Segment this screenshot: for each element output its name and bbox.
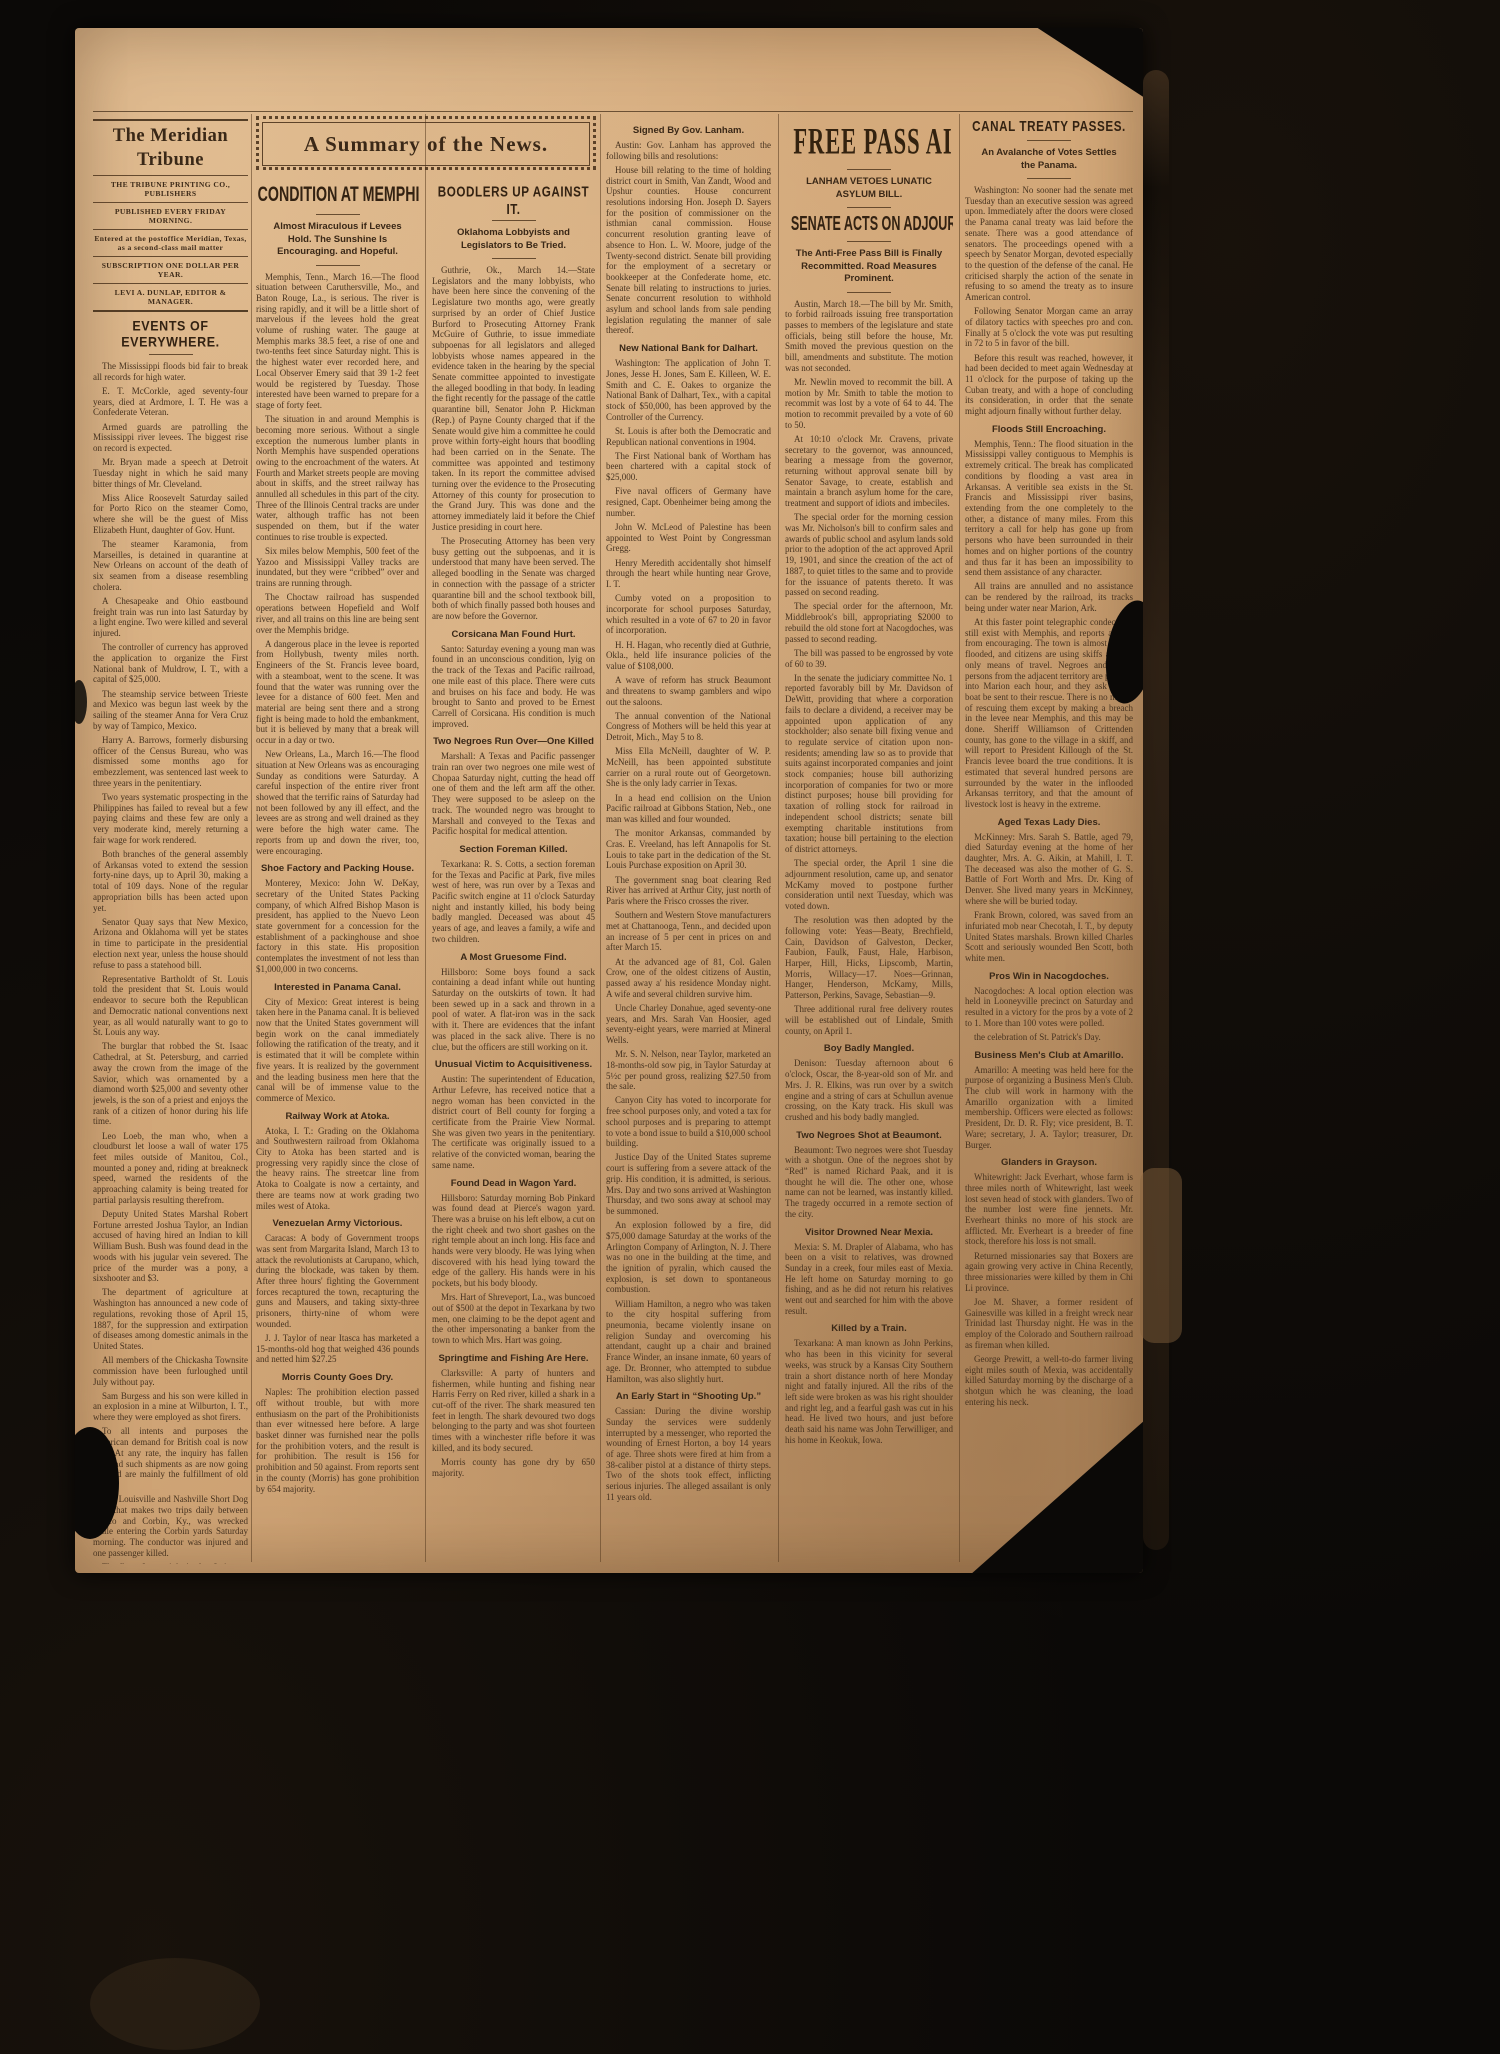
- article-paragraph: Mrs. Hart of Shreveport, La., was buncoe…: [432, 1292, 595, 1346]
- article-paragraph: Mr. S. N. Nelson, near Taylor, marketed …: [606, 1049, 771, 1092]
- article-paragraph: Before this result was reached, however,…: [965, 353, 1133, 417]
- article-subhead: Killed by a Train.: [785, 1323, 953, 1334]
- article-paragraph: Leo Loeb, the man who, when a cloudburst…: [93, 1131, 248, 1206]
- article-paragraph: In a head end collision on the Union Pac…: [606, 793, 771, 825]
- article-paragraph: Hillsboro: Saturday morning Bob Pinkard …: [432, 1193, 595, 1289]
- article-paragraph: Cumby voted on a proposition to incorpor…: [606, 593, 771, 636]
- article-paragraph: All members of the Chickasha Townsite co…: [93, 1355, 248, 1387]
- article-paragraph: Cassian: During the divine worship Sunda…: [606, 1406, 771, 1502]
- article-paragraph: Returned missionaries say that Boxers ar…: [965, 1251, 1133, 1294]
- divider-rule: [847, 241, 891, 242]
- article-paragraph: Two years systematic prospecting in the …: [93, 792, 248, 846]
- article-paragraph: Austin, March 18.—The bill by Mr. Smith,…: [785, 299, 953, 374]
- article-paragraph: John W. McLeod of Palestine has been app…: [606, 522, 771, 554]
- scanned-newspaper-page: A Summary of the News. The Meridian Trib…: [0, 0, 1500, 2054]
- article-paragraph: Representative Bartholdt of St. Louis to…: [93, 974, 248, 1038]
- article-paragraph: The controller of currency has approved …: [93, 642, 248, 685]
- article-paragraph: The special order for the morning cessio…: [785, 512, 953, 598]
- newspaper-title: The Meridian Tribune: [93, 124, 248, 172]
- article-paragraph: City of Mexico: Great interest is being …: [256, 997, 419, 1104]
- article-paragraph: Harry A. Barrows, formerly disbursing of…: [93, 735, 248, 789]
- article-deck: Oklahoma Lobbyists and Legislators to Be…: [440, 227, 587, 252]
- article-deck: The Anti-Free Pass Bill is Finally Recom…: [793, 248, 945, 286]
- article-paragraph: McKinney: Mrs. Sarah S. Battle, aged 79,…: [965, 832, 1133, 907]
- masthead-rule: [93, 202, 248, 203]
- article-paragraph: the celebration of St. Patrick's Day.: [965, 1032, 1133, 1043]
- article-paragraph: Sam Burgess and his son were killed in a…: [93, 1391, 248, 1423]
- article-paragraph: The department of agriculture at Washing…: [93, 1287, 248, 1351]
- article-paragraph: Mr. Bryan made a speech at Detroit Tuesd…: [93, 457, 248, 489]
- article-paragraph: William Hamilton, a negro who was taken …: [606, 1299, 771, 1385]
- article-headline: SENATE ACTS ON ADJOURNMENT: [791, 212, 947, 235]
- article-paragraph: Washington: No sooner had the senate met…: [965, 185, 1133, 303]
- column-boodlers: BOODLERS UP AGAINST IT.Oklahoma Lobbyist…: [432, 180, 595, 1564]
- article-paragraph: Mexia: S. M. Drapler of Alabama, who has…: [785, 1242, 953, 1317]
- article-subhead: Boy Badly Mangled.: [785, 1043, 953, 1054]
- article-paragraph: Frank Brown, colored, was saved from an …: [965, 910, 1133, 964]
- column-events-items: EVENTS OF EVERYWHERE.The Mississippi flo…: [93, 320, 248, 1564]
- article-subhead: Shoe Factory and Packing House.: [256, 863, 419, 874]
- divider-rule: [316, 265, 360, 266]
- article-paragraph: The situation in and around Memphis is b…: [256, 414, 419, 542]
- column-rule: [959, 114, 960, 1562]
- article-paragraph: Morris county has gone dry by 650 majori…: [432, 1457, 595, 1478]
- article-paragraph: Miss Alice Roosevelt Saturday sailed for…: [93, 493, 248, 536]
- article-paragraph: The burglar that robbed the St. Isaac Ca…: [93, 1041, 248, 1127]
- column-free-pass: FREE PASS AIREDLANHAM VETOES LUNATIC ASY…: [785, 118, 953, 1564]
- article-paragraph: Santo: Saturday evening a young man was …: [432, 644, 595, 730]
- column-rule: [425, 114, 426, 1562]
- article-paragraph: Monterey, Mexico: John W. DeKay, secreta…: [256, 878, 419, 974]
- article-deck: LANHAM VETOES LUNATIC ASYLUM BILL.: [793, 176, 945, 201]
- article-subhead: Glanders in Grayson.: [965, 1157, 1133, 1168]
- article-paragraph: The steamship service between Trieste an…: [93, 689, 248, 732]
- article-paragraph: The monitor Arkansas, commanded by Cras.…: [606, 828, 771, 871]
- scan-speck: [75, 680, 87, 724]
- divider-rule: [847, 292, 891, 293]
- article-deck: An Avalanche of Votes Settles the Panama…: [973, 147, 1125, 172]
- masthead-rule: [93, 310, 248, 312]
- article-paragraph: The bill was passed to be engrossed by v…: [785, 648, 953, 669]
- masthead: The Meridian Tribune THE TRIBUNE PRINTIN…: [93, 119, 248, 312]
- article-paragraph: Armed guards are patrolling the Mississi…: [93, 422, 248, 454]
- article-paragraph: An explosion followed by a fire, did $75…: [606, 1220, 771, 1295]
- column-canal-treaty: CANAL TREATY PASSES.An Avalanche of Vote…: [965, 114, 1133, 1564]
- article-paragraph: Texarkana: A man known as John Perkins, …: [785, 1338, 953, 1445]
- article-subhead: Corsicana Man Found Hurt.: [432, 629, 595, 640]
- divider-rule: [1027, 140, 1071, 141]
- column-lanham: Signed By Gov. Lanham.Austin: Gov. Lanha…: [606, 118, 771, 1564]
- article-paragraph: A Chesapeake and Ohio eastbound freight …: [93, 596, 248, 639]
- masthead-entered: Entered at the postoffice Meridian, Texa…: [94, 234, 247, 252]
- article-subhead: An Early Start in “Shooting Up.”: [606, 1391, 771, 1402]
- divider-rule: [316, 214, 360, 215]
- article-paragraph: A wave of reform has struck Beaumont and…: [606, 675, 771, 707]
- article-headline: BOODLERS UP AGAINST IT.: [434, 183, 592, 218]
- article-subhead: Found Dead in Wagon Yard.: [432, 1178, 595, 1189]
- article-paragraph: Canyon City has voted to incorporate for…: [606, 1095, 771, 1149]
- masthead-rule: [93, 256, 248, 257]
- masthead-published: PUBLISHED EVERY FRIDAY MORNING.: [94, 207, 247, 225]
- article-subhead: Section Foreman Killed.: [432, 844, 595, 855]
- article-paragraph: The annual convention of the National Co…: [606, 711, 771, 743]
- section-heading: EVENTS OF EVERYWHERE.: [93, 318, 248, 349]
- article-paragraph: At 10:10 o'clock Mr. Cravens, private se…: [785, 434, 953, 509]
- article-subhead: Two Negroes Run Over—One Killed: [432, 736, 595, 747]
- divider-rule: [492, 258, 536, 259]
- article-subhead: Floods Still Encroaching.: [965, 424, 1133, 435]
- divider-rule: [149, 354, 193, 355]
- article-paragraph: The special order, the April 1 sine die …: [785, 858, 953, 912]
- article-paragraph: The Choctaw railroad has suspended opera…: [256, 592, 419, 635]
- article-headline: CANAL TREATY PASSES.: [968, 117, 1131, 135]
- masthead-rule: [93, 175, 248, 176]
- masthead-publisher: THE TRIBUNE PRINTING CO., PUBLISHERS: [94, 180, 247, 198]
- article-subhead: Railway Work at Atoka.: [256, 1111, 419, 1122]
- article-paragraph: Hillsboro: Some boys found a sack contai…: [432, 967, 595, 1053]
- article-paragraph: Miss Ella McNeill, daughter of W. P. McN…: [606, 746, 771, 789]
- top-rule: [93, 111, 1133, 112]
- article-paragraph: Five naval officers of Germany have resi…: [606, 486, 771, 518]
- article-paragraph: A dangerous place in the levee is report…: [256, 639, 419, 746]
- article-paragraph: Austin: The superintendent of Education,…: [432, 1074, 595, 1170]
- article-subhead: Business Men's Club at Amarillo.: [965, 1050, 1133, 1061]
- column-events: The Meridian Tribune THE TRIBUNE PRINTIN…: [93, 116, 248, 1564]
- column-rule: [778, 114, 779, 1562]
- column-rule: [251, 114, 252, 1562]
- article-subhead: Signed By Gov. Lanham.: [606, 125, 771, 136]
- article-paragraph: At the advanced age of 81, Col. Galen Cr…: [606, 957, 771, 1000]
- article-paragraph: Texarkana: R. S. Cotts, a section forema…: [432, 859, 595, 945]
- article-paragraph: In the senate the judiciary committee No…: [785, 673, 953, 855]
- article-paragraph: The resolution was then adopted by the f…: [785, 915, 953, 1001]
- article-paragraph: Whitewright: Jack Everhart, whose farm i…: [965, 1172, 1133, 1247]
- article-subhead: Pros Win in Nacogdoches.: [965, 971, 1133, 982]
- article-paragraph: St. Louis is after both the Democratic a…: [606, 426, 771, 447]
- article-paragraph: J. J. Taylor of near Itasca has marketed…: [256, 1333, 419, 1365]
- article-paragraph: Mr. Newlin moved to recommit the bill. A…: [785, 377, 953, 431]
- article-subhead: New National Bank for Dalhart.: [606, 343, 771, 354]
- article-paragraph: New Orleans, La., March 16.—The flood si…: [256, 749, 419, 856]
- masthead-rule: [93, 229, 248, 230]
- article-subhead: Two Negroes Shot at Beaumont.: [785, 1130, 953, 1141]
- article-headline: CONDITION AT MEMPHIS SERIOUS: [258, 183, 418, 208]
- article-headline: FREE PASS AIRED: [793, 122, 944, 163]
- article-paragraph: Three additional rural free delivery rou…: [785, 1004, 953, 1036]
- article-subhead: Visitor Drowned Near Mexia.: [785, 1227, 953, 1238]
- article-subhead: Unusual Victim to Acquisitiveness.: [432, 1059, 595, 1070]
- article-paragraph: The steamer Karamonia, from Marseilles, …: [93, 539, 248, 593]
- divider-rule: [847, 207, 891, 208]
- article-paragraph: Southern and Western Stove manufacturers…: [606, 910, 771, 953]
- column-rule: [600, 114, 601, 1562]
- article-subhead: Morris County Goes Dry.: [256, 1372, 419, 1383]
- column-memphis: CONDITION AT MEMPHIS SERIOUSAlmost Mirac…: [256, 180, 419, 1564]
- article-paragraph: House bill relating to the time of holdi…: [606, 165, 771, 336]
- article-paragraph: The first of two nights' sale of picture…: [93, 1562, 248, 1564]
- article-paragraph: Joe M. Shaver, a former resident of Gain…: [965, 1297, 1133, 1351]
- article-paragraph: The government snag boat clearing Red Ri…: [606, 875, 771, 907]
- article-paragraph: Following Senator Morgan came an array o…: [965, 306, 1133, 349]
- summary-banner: A Summary of the News.: [256, 116, 596, 170]
- article-paragraph: Naples: The prohibition election passed …: [256, 1387, 419, 1494]
- article-paragraph: All trains are annulled and no assistanc…: [965, 581, 1133, 613]
- article-paragraph: E. T. McCorkle, aged seventy-four years,…: [93, 386, 248, 418]
- article-paragraph: Washington: The application of John T. J…: [606, 358, 771, 422]
- article-paragraph: Denison: Tuesday afternoon about 6 o'clo…: [785, 1058, 953, 1122]
- article-paragraph: Memphis, Tenn.: The flood situation in t…: [965, 439, 1133, 578]
- article-paragraph: Deputy United States Marshal Robert Fort…: [93, 1209, 248, 1284]
- article-subhead: Springtime and Fishing Are Here.: [432, 1353, 595, 1364]
- article-paragraph: Austin: Gov. Lanham has approved the fol…: [606, 140, 771, 161]
- scan-tear-top-right: [1025, 28, 1143, 98]
- article-paragraph: Atoka, I. T.: Grading on the Oklahoma an…: [256, 1126, 419, 1212]
- article-paragraph: Six miles below Memphis, 500 feet of the…: [256, 546, 419, 589]
- article-paragraph: Both branches of the general assembly of…: [93, 849, 248, 913]
- masthead-rule: [93, 283, 248, 284]
- article-subhead: Interested in Panama Canal.: [256, 982, 419, 993]
- article-paragraph: Guthrie, Ok., March 14.—State Legislator…: [432, 265, 595, 533]
- masthead-editor: LEVI A. DUNLAP, EDITOR & MANAGER.: [94, 288, 247, 306]
- newspaper-sheet: A Summary of the News. The Meridian Trib…: [75, 28, 1143, 1573]
- article-paragraph: The Mississippi floods bid fair to break…: [93, 361, 248, 382]
- article-subhead: Aged Texas Lady Dies.: [965, 817, 1133, 828]
- divider-rule: [1027, 178, 1071, 179]
- divider-rule: [847, 169, 891, 170]
- article-paragraph: Justice Day of the United States supreme…: [606, 1152, 771, 1216]
- article-paragraph: H. H. Hagan, who recently died at Guthri…: [606, 640, 771, 672]
- masthead-rule: [93, 119, 248, 121]
- article-paragraph: Caracas: A body of Government troops was…: [256, 1233, 419, 1329]
- article-paragraph: Uncle Charley Donahue, aged seventy-one …: [606, 1003, 771, 1046]
- divider-rule: [492, 220, 536, 221]
- article-paragraph: The First National bank of Wortham has b…: [606, 451, 771, 483]
- article-paragraph: The Prosecuting Attorney has been very b…: [432, 536, 595, 622]
- article-deck: Almost Miraculous if Levees Hold. The Su…: [264, 221, 411, 259]
- article-paragraph: Beaumont: Two negroes were shot Tuesday …: [785, 1145, 953, 1220]
- article-paragraph: The special order for the afternoon, Mr.…: [785, 601, 953, 644]
- article-subhead: Venezuelan Army Victorious.: [256, 1218, 419, 1229]
- article-subhead: A Most Gruesome Find.: [432, 952, 595, 963]
- torn-paper-fragment: [1140, 1168, 1182, 1343]
- article-paragraph: George Prewitt, a well-to-do farmer livi…: [965, 1354, 1133, 1408]
- article-paragraph: Nacogdoches: A local option election was…: [965, 986, 1133, 1029]
- scan-shadow-patch: [90, 1958, 260, 2050]
- summary-banner-title: A Summary of the News.: [262, 122, 590, 166]
- masthead-subscription: SUBSCRIPTION ONE DOLLAR PER YEAR.: [94, 261, 247, 279]
- article-paragraph: Marshall: A Texas and Pacific passenger …: [432, 751, 595, 837]
- article-paragraph: Senator Quay says that New Mexico, Arizo…: [93, 917, 248, 971]
- article-paragraph: Amarillo: A meeting was held here for th…: [965, 1065, 1133, 1151]
- article-paragraph: Memphis, Tenn., March 16.—The flood situ…: [256, 272, 419, 411]
- article-paragraph: Henry Meredith accidentally shot himself…: [606, 558, 771, 590]
- article-paragraph: Clarksville: A party of hunters and fish…: [432, 1368, 595, 1454]
